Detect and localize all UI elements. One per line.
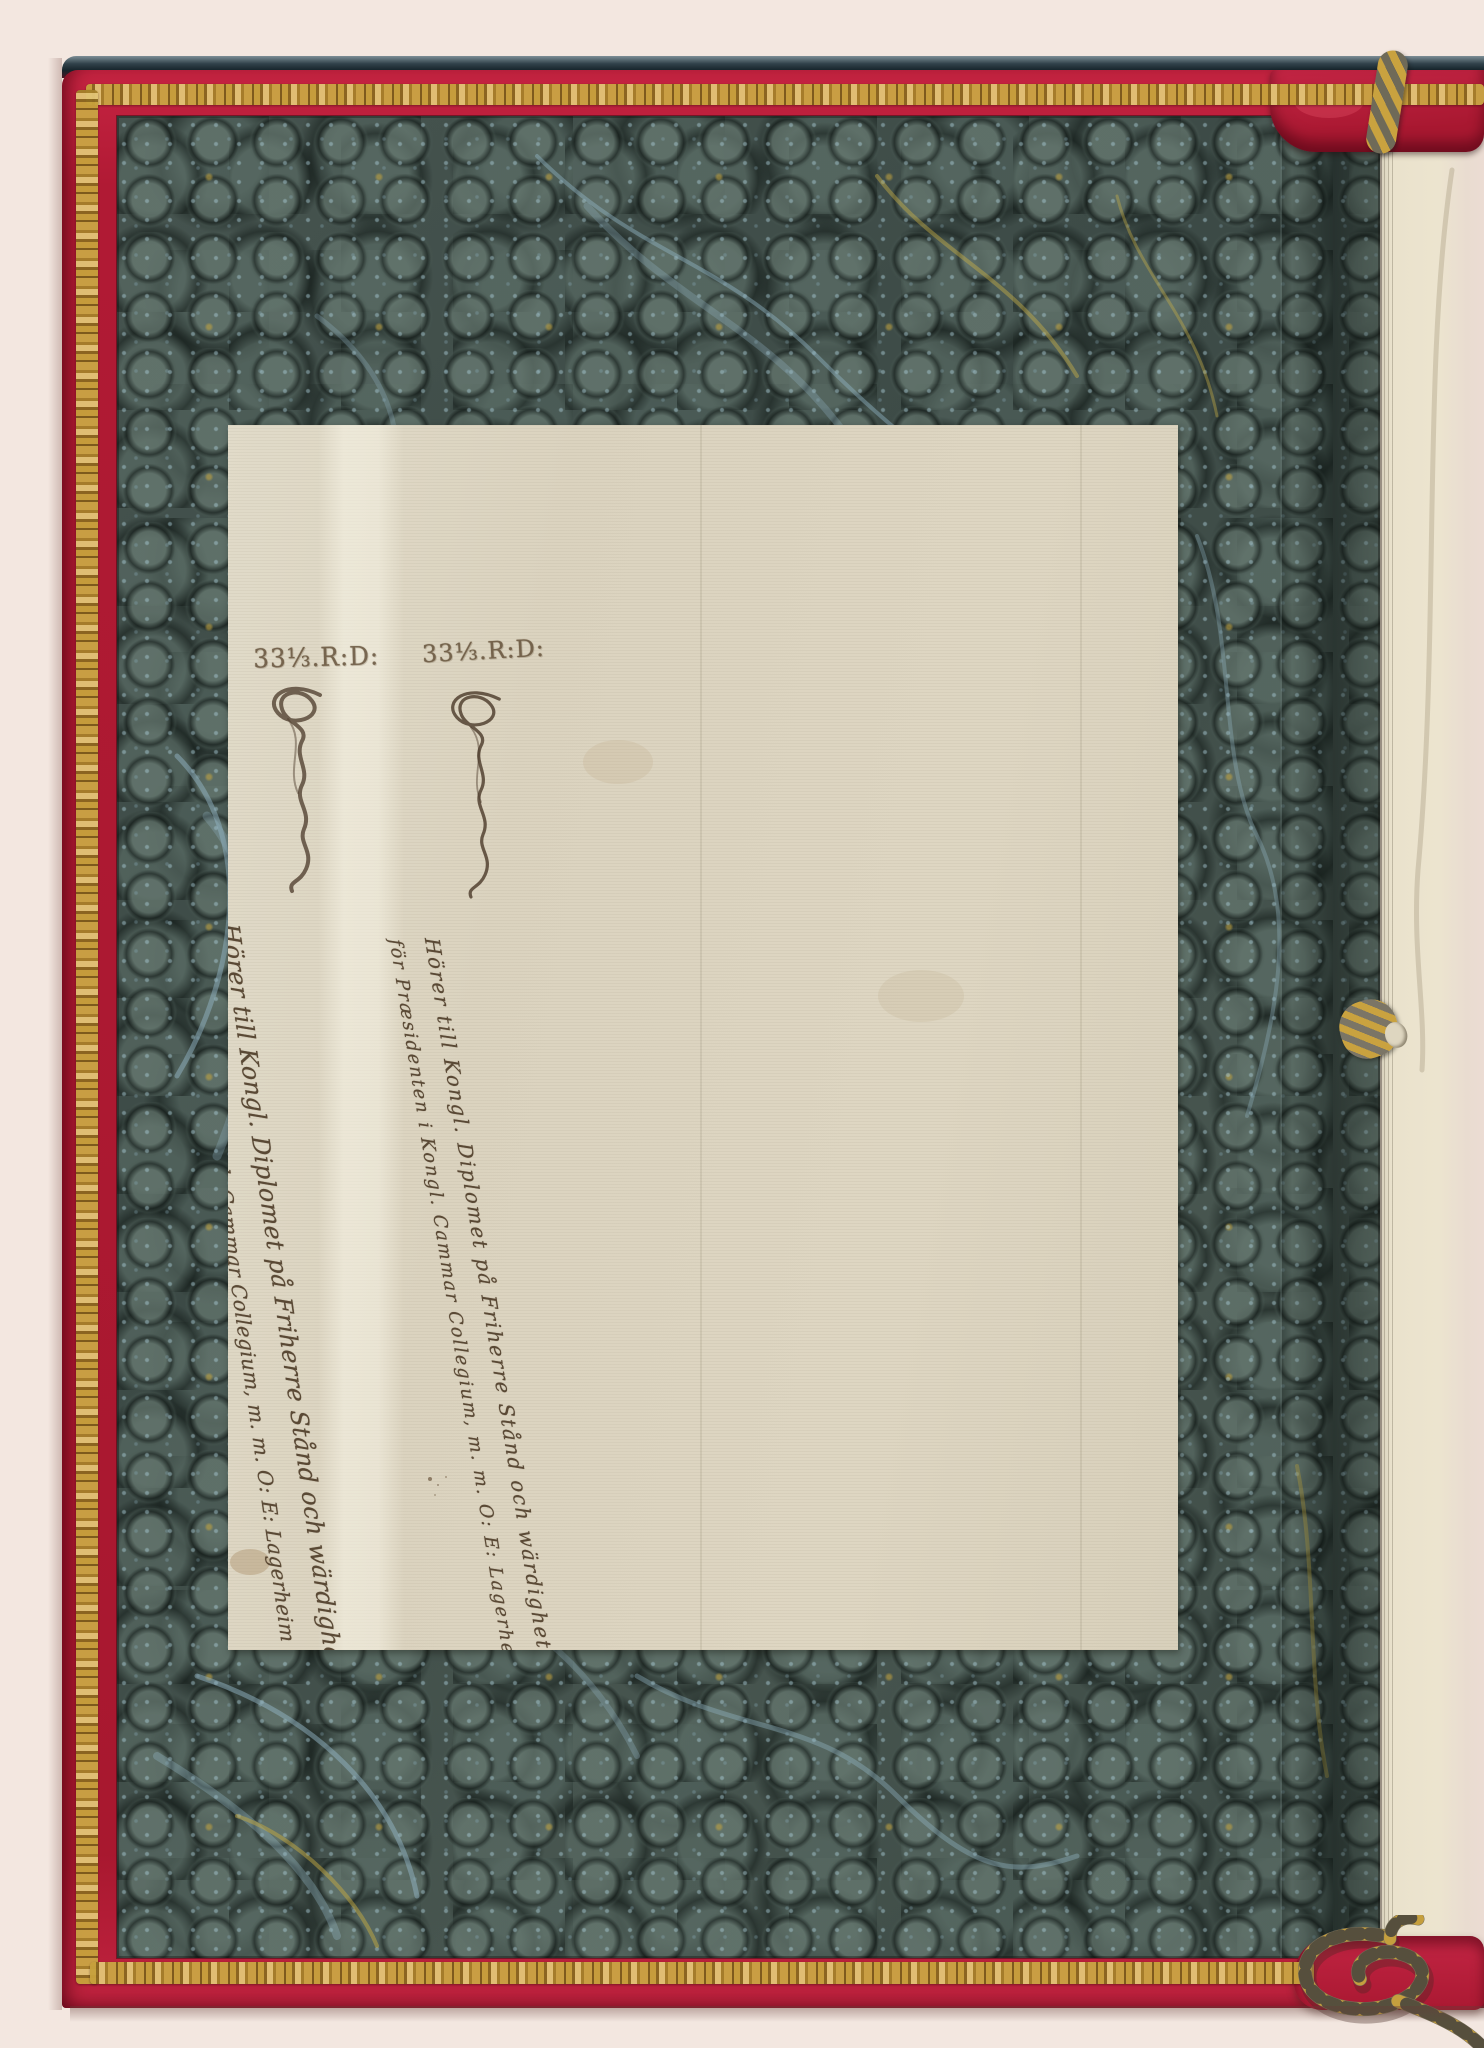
gold-tooling-left <box>76 90 98 1984</box>
paper-stain <box>583 740 653 784</box>
scan-shadow-left <box>48 58 62 2010</box>
gold-tooling-bottom <box>90 1962 1314 1984</box>
chain-line <box>700 425 702 1650</box>
duty-stamp-left: 33⅓.R:D: <box>253 641 380 674</box>
signature-flourish-right <box>433 687 521 901</box>
chain-line <box>1080 425 1082 1650</box>
gold-tooling-top <box>86 84 1484 105</box>
paper-stain <box>878 970 964 1022</box>
signature-flourish-left <box>258 683 338 895</box>
braided-tie-bottom <box>1240 1915 1484 2048</box>
scan-shadow-bottom <box>70 2006 1484 2022</box>
pasted-document-leaf: 33⅓.R:D: 33⅓.R:D: Hörer till Kongl. Dipl… <box>228 425 1178 1650</box>
scanned-book-inside-cover: 33⅓.R:D: 33⅓.R:D: Hörer till Kongl. Dipl… <box>0 0 1484 2048</box>
ink-spatter <box>428 1477 432 1481</box>
